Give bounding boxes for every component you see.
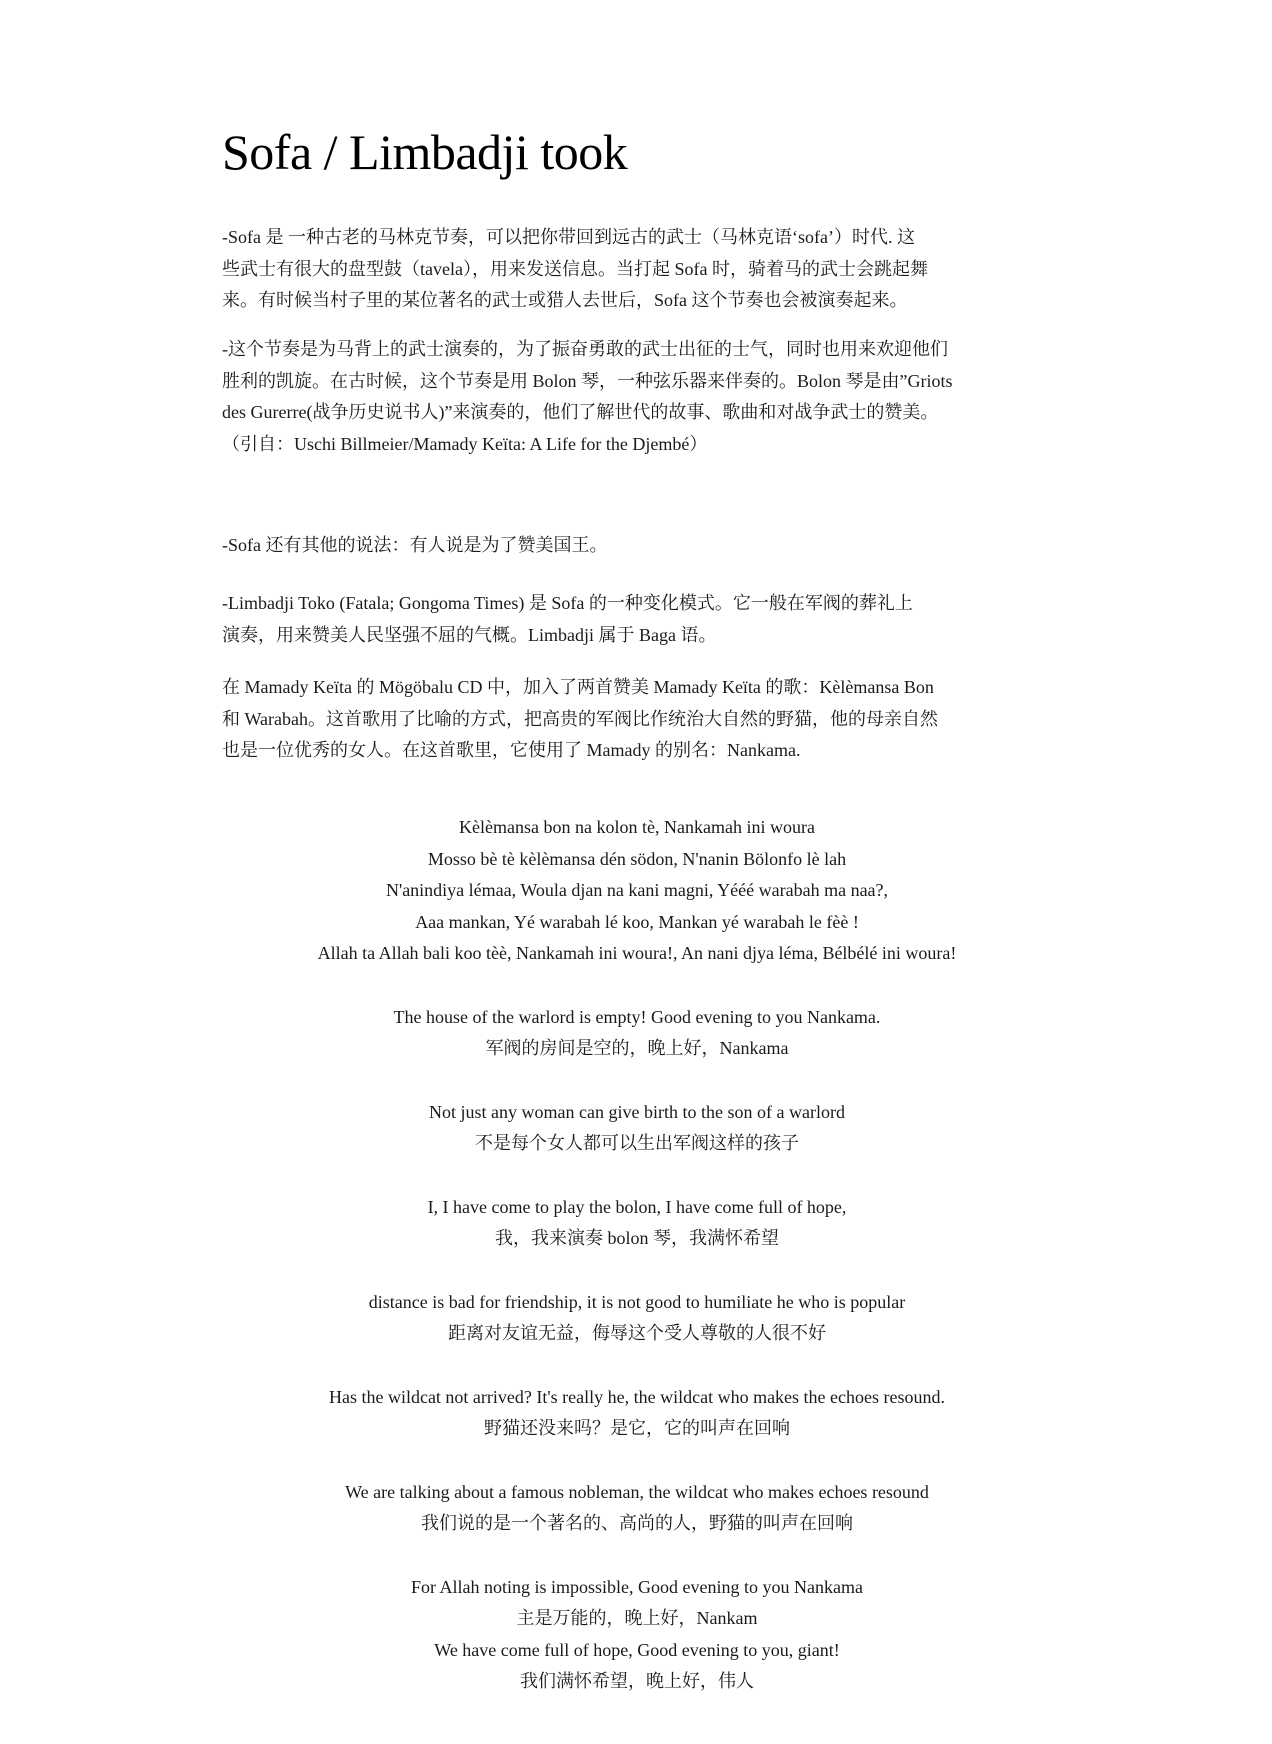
lyric-line: distance is bad for friendship, it is no… (222, 1287, 1052, 1319)
lyric-line: 军阀的房间是空的，晚上好，Nankama (222, 1033, 1052, 1065)
lyric-line: Mosso bè tè kèlèmansa dén södon, N'nanin… (222, 844, 1052, 876)
page-title: Sofa / Limbadji took (222, 122, 627, 182)
text-line: des Gurerre(战争历史说书人)”来演奏的，他们了解世代的故事、歌曲和对… (222, 397, 1082, 429)
lyric-line: 野猫还没来吗？是它，它的叫声在回响 (222, 1413, 1052, 1445)
lyric-line: We are talking about a famous nobleman, … (222, 1477, 1052, 1509)
text-line: -Sofa 还有其他的说法：有人说是为了赞美国王。 (222, 530, 1082, 562)
lyrics-stanza: distance is bad for friendship, it is no… (222, 1287, 1052, 1350)
lyric-line: N'anindiya lémaa, Woula djan na kani mag… (222, 875, 1052, 907)
lyric-line: For Allah noting is impossible, Good eve… (222, 1572, 1052, 1604)
other-meaning-paragraph: -Sofa 还有其他的说法：有人说是为了赞美国王。 (222, 530, 1082, 562)
text-line: 也是一位优秀的女人。在这首歌里，它使用了 Mamady 的别名：Nankama. (222, 735, 1082, 767)
lyrics-stanza-original: Kèlèmansa bon na kolon tè, Nankamah ini … (222, 812, 1052, 970)
lyric-line: 我们满怀希望，晚上好，伟人 (222, 1666, 1052, 1698)
text-line: 胜利的凯旋。在古时候，这个节奏是用 Bolon 琴，一种弦乐器来伴奏的。Bolo… (222, 366, 1082, 398)
cd-paragraph: 在 Mamady Keïta 的 Mögöbalu CD 中，加入了两首赞美 M… (222, 672, 1082, 767)
lyric-line: 我们说的是一个著名的、高尚的人，野猫的叫声在回响 (222, 1508, 1052, 1540)
text-line: 和 Warabah。这首歌用了比喻的方式，把高贵的军阀比作统治大自然的野猫，他的… (222, 704, 1082, 736)
document-page: Sofa / Limbadji took -Sofa 是 一种古老的马林克节奏，… (0, 0, 1272, 1744)
lyric-line: Has the wildcat not arrived? It's really… (222, 1382, 1052, 1414)
text-line: -这个节奏是为马背上的武士演奏的，为了振奋勇敢的武士出征的士气，同时也用来欢迎他… (222, 334, 1082, 366)
lyric-line: Not just any woman can give birth to the… (222, 1097, 1052, 1129)
citation-line: （引自：Uschi Billmeier/Mamady Keïta: A Life… (222, 429, 1082, 461)
lyric-line: Kèlèmansa bon na kolon tè, Nankamah ini … (222, 812, 1052, 844)
text-line: -Limbadji Toko (Fatala; Gongoma Times) 是… (222, 588, 1082, 620)
text-line: 在 Mamady Keïta 的 Mögöbalu CD 中，加入了两首赞美 M… (222, 672, 1082, 704)
lyrics-stanza: Has the wildcat not arrived? It's really… (222, 1382, 1052, 1445)
lyric-line: 距离对友谊无益，侮辱这个受人尊敬的人很不好 (222, 1318, 1052, 1350)
text-line: -Sofa 是 一种古老的马林克节奏，可以把你带回到远古的武士（马林克语‘sof… (222, 222, 1082, 254)
lyrics-stanza: We are talking about a famous nobleman, … (222, 1477, 1052, 1540)
limbadji-paragraph: -Limbadji Toko (Fatala; Gongoma Times) 是… (222, 588, 1082, 651)
lyric-line: Aaa mankan, Yé warabah lé koo, Mankan yé… (222, 907, 1052, 939)
lyric-line: 我，我来演奏 bolon 琴，我满怀希望 (222, 1223, 1052, 1255)
lyric-line: 不是每个女人都可以生出军阀这样的孩子 (222, 1128, 1052, 1160)
text-line: 来。有时候当村子里的某位著名的武士或猎人去世后，Sofa 这个节奏也会被演奏起来… (222, 285, 1082, 317)
lyrics-stanza: For Allah noting is impossible, Good eve… (222, 1572, 1052, 1698)
history-paragraph: -这个节奏是为马背上的武士演奏的，为了振奋勇敢的武士出征的士气，同时也用来欢迎他… (222, 334, 1082, 460)
lyric-line: We have come full of hope, Good evening … (222, 1635, 1052, 1667)
lyric-line: I, I have come to play the bolon, I have… (222, 1192, 1052, 1224)
lyrics-stanza: Not just any woman can give birth to the… (222, 1097, 1052, 1160)
lyric-line: 主是万能的，晚上好，Nankam (222, 1603, 1052, 1635)
text-line: 演奏，用来赞美人民坚强不屈的气概。Limbadji 属于 Baga 语。 (222, 620, 1082, 652)
intro-paragraph: -Sofa 是 一种古老的马林克节奏，可以把你带回到远古的武士（马林克语‘sof… (222, 222, 1082, 317)
lyrics-stanza: I, I have come to play the bolon, I have… (222, 1192, 1052, 1255)
lyrics-stanza: The house of the warlord is empty! Good … (222, 1002, 1052, 1065)
lyric-line: Allah ta Allah bali koo tèè, Nankamah in… (222, 938, 1052, 970)
text-line: 些武士有很大的盘型鼓（tavela），用来发送信息。当打起 Sofa 时，骑着马… (222, 254, 1082, 286)
song-lyrics: Kèlèmansa bon na kolon tè, Nankamah ini … (222, 812, 1052, 1730)
lyric-line: The house of the warlord is empty! Good … (222, 1002, 1052, 1034)
